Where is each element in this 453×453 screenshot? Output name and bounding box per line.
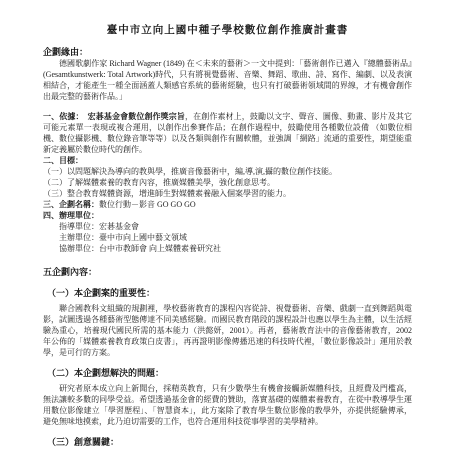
project-name-label: 三、企劃名稱： <box>43 200 99 209</box>
content-sub1-heading: （一）本企劃案的重要性： <box>43 287 412 299</box>
goals-heading: 二、目標： <box>43 155 412 166</box>
organizer-item-1: 指導單位：宏碁基金會 <box>43 221 412 232</box>
project-name-text: 數位行動－影音 GO GO GO <box>99 200 196 209</box>
content-sub2-paragraph: 研究者原本成立向上新聞台，採精英教育，只有少數學生有機會接觸新媒體科技，且經費及… <box>43 383 412 427</box>
origin-heading: 企劃緣由： <box>43 46 412 58</box>
document-title: 臺中市立向上國中種子學校數位創作推廣計畫書 <box>43 22 412 37</box>
organizers-heading: 四、辦理單位： <box>43 210 412 221</box>
document-page: 臺中市立向上國中種子學校數位創作推廣計畫書 企劃緣由： 德國歌劇作家 Richa… <box>0 0 453 453</box>
basis-paragraph: 一、依據： 宏碁基金會數位創作獎宗旨，在創作素材上，鼓勵以文字、聲音、圖像、動畫… <box>43 111 412 155</box>
goal-item-1: （一）以問題解決為導向的教與學，推廣音像藝術中，編,導,演,攝的數位創作技能。 <box>43 166 412 177</box>
organizer-item-2: 主辦單位：臺中市向上國中藝文領域 <box>43 232 412 243</box>
content-sub1-paragraph: 聯合國教科文組織的規劃裡，學校藝術教育的課程內容從詩、視覺藝術、音樂、戲劇一直到… <box>43 303 412 358</box>
content-sub2-heading: （二）本企劃想解決的問題： <box>43 367 412 379</box>
basis-emphasis: 宏碁基金會數位創作獎宗旨 <box>88 112 185 121</box>
organizer-item-3: 協辦單位：台中市教師會 向上媒體素養研究社 <box>43 243 412 254</box>
project-name-line: 三、企劃名稱：數位行動－影音 GO GO GO <box>43 199 412 210</box>
origin-paragraph: 德國歌劇作家 Richard Wagner (1849) 在＜未來的藝術＞一文中… <box>43 58 412 102</box>
goal-item-3: （三）整合教育媒體資源，增進師生對媒體素養融入個案學習的能力。 <box>43 188 412 199</box>
content-sub3-heading: （三）創意關鍵： <box>43 436 412 448</box>
goal-item-2: （二）了解媒體素養的教育內容，推廣媒體美學，強化創意思考。 <box>43 177 412 188</box>
content-heading: 五企劃內容： <box>43 266 412 278</box>
basis-label: 一、依據： <box>43 112 88 121</box>
